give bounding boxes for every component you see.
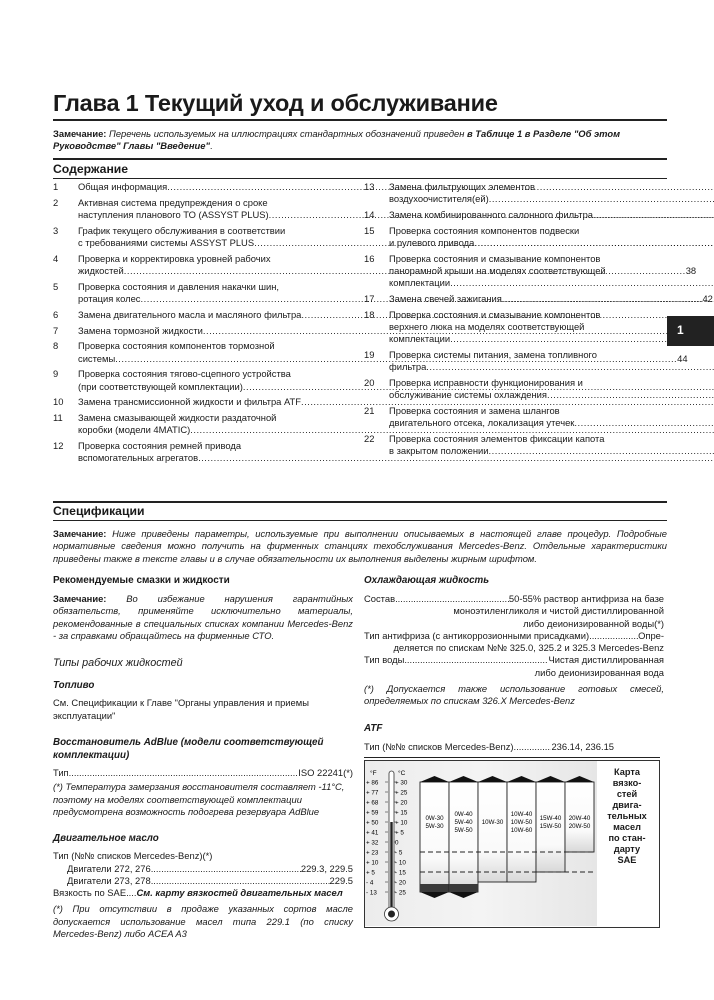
- toc-entry-number: 10: [53, 396, 78, 408]
- svg-text:+ 10: + 10: [366, 860, 379, 867]
- toc-entry-title: Замена комбинированного салонного фильтр…: [389, 209, 593, 221]
- toc-entry-number: 13: [364, 181, 389, 205]
- svg-text:10W-60: 10W-60: [511, 827, 533, 834]
- lubricants-heading: Рекомендуемые смазки и жидкости: [53, 574, 353, 588]
- viscosity-bar: 0W-405W-405W-50: [449, 776, 478, 898]
- toc-entry-title: Проверка состояния и смазывание компонен…: [389, 253, 600, 265]
- engine-oil-footnote: (*) При отсутствии в продаже указанных с…: [53, 903, 353, 940]
- svg-text:+ 30: + 30: [395, 780, 408, 787]
- chapter-title: Глава 1 Текущий уход и обслуживание: [53, 88, 667, 118]
- toc-entry-number: 20: [364, 377, 389, 401]
- svg-text:°C: °C: [398, 769, 406, 777]
- viscosity-chart: °F°C+ 86+ 30+ 77+ 25+ 68+ 20+ 59+ 15+ 50…: [364, 760, 660, 928]
- specs-rule-bottom: [53, 520, 667, 521]
- toc-entry-title: с требованиями системы ASSYST PLUS: [78, 237, 254, 249]
- viscosity-bar: 10W-4010W-5010W-60: [507, 776, 536, 882]
- toc-entry-title: Проверка состояния компонентов тормозной: [78, 340, 275, 352]
- note-label: Замечание:: [53, 128, 106, 139]
- svg-text:0: 0: [395, 840, 399, 847]
- toc-entry-number: 3: [53, 225, 78, 249]
- toc-entry-number: 12: [53, 440, 78, 464]
- toc-leader-dots: [489, 193, 714, 205]
- svg-text:15W-50: 15W-50: [540, 823, 562, 830]
- viscosity-bar: 0W-305W-30: [420, 776, 449, 898]
- toc-entry[interactable]: 8Проверка состояния компонентов тормозно…: [53, 340, 343, 364]
- svg-text:10W-50: 10W-50: [511, 819, 533, 826]
- toc-entry-title: Проверка состояния и давления накачки ши…: [78, 281, 279, 293]
- toc-entry[interactable]: 7Замена тормозной жидкости44: [53, 325, 343, 337]
- toc-entry-title: (при соответствующей комплектации): [78, 381, 243, 393]
- toc-entry[interactable]: 19Проверка системы питания, замена топли…: [364, 349, 654, 373]
- toc-entry-title: комплектации: [389, 333, 450, 345]
- svg-text:+ 10: + 10: [395, 820, 408, 827]
- adblue-type-row: ТипISO 22241(*): [53, 767, 353, 779]
- svg-text:20W-50: 20W-50: [569, 823, 591, 830]
- svg-text:°F: °F: [370, 769, 377, 777]
- engine-oil-row: Двигатели 273, 278229.5: [53, 875, 353, 887]
- toc-entry[interactable]: 18Проверка состояния и смазывание компон…: [364, 309, 654, 346]
- chapter-note: Замечание: Перечень используемых на иллю…: [53, 128, 667, 153]
- specs-right-column: Охлаждающая жидкость Состав50-55% раство…: [364, 574, 664, 753]
- toc-entry[interactable]: 12Проверка состояния ремней приводавспом…: [53, 440, 343, 464]
- engine-oil-heading: Двигательное масло: [53, 832, 353, 845]
- svg-text:+ 59: + 59: [366, 810, 379, 817]
- toc-entry-title: График текущего обслуживания в соответст…: [78, 225, 285, 237]
- svg-text:20W-40: 20W-40: [569, 815, 591, 822]
- coolant-heading: Охлаждающая жидкость: [364, 574, 664, 587]
- title-rule: [53, 119, 667, 121]
- toc-entry-title: Проверка и корректировка уровней рабочих: [78, 253, 271, 265]
- toc-entry-title: Проверка состояния элементов фиксации ка…: [389, 433, 604, 445]
- svg-text:+ 23: + 23: [366, 850, 379, 857]
- toc-leader-dots: [547, 389, 714, 401]
- toc-entry-number: 8: [53, 340, 78, 364]
- adblue-footnote: (*) Температура замерзания восстановител…: [53, 781, 353, 818]
- svg-text:- 20: - 20: [395, 880, 406, 887]
- contents-rule-top: [53, 158, 667, 160]
- toc-entry-title: Замена фильтрующих элементов: [389, 181, 535, 193]
- toc-entry-title: Проверка состояния и замена шлангов: [389, 405, 560, 417]
- svg-text:15W-40: 15W-40: [540, 815, 562, 822]
- toc-entry[interactable]: 13Замена фильтрующих элементоввоздухоочи…: [364, 181, 654, 205]
- toc-entry[interactable]: 22Проверка состояния элементов фиксации …: [364, 433, 654, 457]
- svg-text:+ 5: + 5: [395, 830, 404, 837]
- toc-entry[interactable]: 14Замена комбинированного салонного филь…: [364, 209, 654, 221]
- toc-entry-number: 1: [53, 181, 78, 193]
- toc-entry-title: коробки (модели 4MATIC): [78, 424, 190, 436]
- svg-text:10W-40: 10W-40: [511, 811, 533, 818]
- toc-entry[interactable]: 6Замена двигательного масла и масляного …: [53, 309, 343, 321]
- toc-entry-number: 19: [364, 349, 389, 373]
- viscosity-chart-title: Картавязко-стейдвига-тельныхмаселпо стан…: [597, 767, 657, 866]
- svg-text:+ 20: + 20: [395, 800, 408, 807]
- fuel-text: См. Спецификации к Главе "Органы управле…: [53, 697, 353, 722]
- toc-entry-title: Замена двигательного масла и масляного ф…: [78, 309, 301, 321]
- svg-text:- 4: - 4: [366, 880, 374, 887]
- toc-left-column: 1Общая информация352Активная система пре…: [53, 181, 343, 468]
- note-text: Перечень используемых на иллюстрациях ст…: [109, 128, 464, 139]
- specs-note-text: Ниже приведены параметры, используемые п…: [53, 528, 667, 564]
- engine-oil-type-label: Тип (№№ списков Mercedes-Benz)(*): [53, 850, 353, 862]
- toc-entry-number: 6: [53, 309, 78, 321]
- toc-leader-dots: [450, 277, 714, 289]
- toc-entry-number: 5: [53, 281, 78, 305]
- toc-entry-title: Проверка исправности функционирования и: [389, 377, 583, 389]
- viscosity-bar: 15W-4015W-50: [536, 776, 565, 872]
- toc-entry[interactable]: 2Активная система предупреждения о сроке…: [53, 197, 343, 221]
- toc-entry-title: Замена тормозной жидкости: [78, 325, 203, 337]
- toc-entry-number: 17: [364, 293, 389, 305]
- svg-text:+ 86: + 86: [366, 780, 379, 787]
- toc-entry-number: 16: [364, 253, 389, 290]
- toc-entry-title: в закрытом положении: [389, 445, 489, 457]
- specs-note: Замечание: Ниже приведены параметры, исп…: [53, 528, 667, 565]
- svg-text:5W-40: 5W-40: [454, 819, 473, 826]
- svg-text:- 15: - 15: [395, 870, 406, 877]
- toc-entry[interactable]: 3График текущего обслуживания в соответс…: [53, 225, 343, 249]
- svg-text:0W-40: 0W-40: [454, 811, 473, 818]
- coolant-antifreeze-row: Тип антифриза (с антикоррозионными приса…: [364, 630, 664, 642]
- atf-rule: [364, 757, 660, 758]
- toc-entry-title: обслуживание системы охлаждения: [389, 389, 547, 401]
- toc-entry-title: Проверка системы питания, замена топливн…: [389, 349, 597, 361]
- toc-right-column: 13Замена фильтрующих элементоввоздухоочи…: [364, 181, 654, 461]
- engine-oil-sae-row: Вязкость по SAE....См. карту вязкостей д…: [53, 887, 353, 899]
- specs-heading: Спецификации: [53, 503, 667, 519]
- svg-text:- 25: - 25: [395, 890, 406, 897]
- atf-heading: ATF: [364, 722, 664, 735]
- svg-text:- 13: - 13: [366, 890, 377, 897]
- toc-entry-title: Активная система предупреждения о сроке: [78, 197, 268, 209]
- toc-entry-title: вспомогательных агрегатов: [78, 452, 198, 464]
- toc-entry[interactable]: 10Замена трансмиссионной жидкости и филь…: [53, 396, 343, 408]
- toc-entry-title: и рулевого привода: [389, 237, 474, 249]
- toc-leader-dots: [474, 237, 714, 249]
- svg-text:- 10: - 10: [395, 860, 406, 867]
- toc-entry-title: наступления планового ТО (ASSYST PLUS): [78, 209, 269, 221]
- toc-entry-title: комплектации: [389, 277, 450, 289]
- svg-text:- 5: - 5: [395, 850, 403, 857]
- toc-entry-title: жидкостей: [78, 265, 124, 277]
- coolant-water-row: Тип водыЧистая дистиллированная: [364, 654, 664, 666]
- toc-entry[interactable]: 16Проверка состояния и смазывание компон…: [364, 253, 654, 290]
- toc-entry-number: 14: [364, 209, 389, 221]
- toc-entry-number: 22: [364, 433, 389, 457]
- toc-entry[interactable]: 21Проверка состояния и замена шланговдви…: [364, 405, 654, 429]
- contents-heading: Содержание: [53, 161, 667, 177]
- contents-rule-bottom: [53, 178, 667, 179]
- toc-entry[interactable]: 17Замена свечей зажигания51: [364, 293, 654, 305]
- toc-entry-title: двигательного отсека, локализация утечек: [389, 417, 574, 429]
- toc-entry[interactable]: 1Общая информация35: [53, 181, 343, 193]
- specs-left-column: Рекомендуемые смазки и жидкости Замечани…: [53, 574, 353, 940]
- svg-text:+ 15: + 15: [395, 810, 408, 817]
- chapter-tab[interactable]: 1: [667, 316, 714, 346]
- toc-entry[interactable]: 4Проверка и корректировка уровней рабочи…: [53, 253, 343, 277]
- adblue-heading: Восстановитель AdBlue (модели соответств…: [53, 736, 353, 762]
- svg-text:10W-30: 10W-30: [482, 819, 504, 826]
- svg-text:+ 41: + 41: [366, 830, 379, 837]
- toc-leader-dots: [489, 445, 714, 457]
- svg-text:+ 50: + 50: [366, 820, 379, 827]
- atf-type-row: Тип (№№ списков Mercedes-Benz)236.14, 23…: [364, 741, 614, 753]
- toc-entry-number: 15: [364, 225, 389, 249]
- svg-text:+ 68: + 68: [366, 800, 379, 807]
- toc-entry-title: Замена свечей зажигания: [389, 293, 502, 305]
- svg-text:5W-30: 5W-30: [425, 823, 444, 830]
- toc-entry-title: Проверка состояния ремней привода: [78, 440, 241, 452]
- toc-entry-number: 2: [53, 197, 78, 221]
- fluid-types-heading: Типы рабочих жидкостей: [53, 657, 353, 669]
- lubricants-note: Замечание: Во избежание нарушения гарант…: [53, 593, 353, 642]
- svg-text:+ 25: + 25: [395, 790, 408, 797]
- coolant-composition-row: Состав50-55% раствор антифриза на базе: [364, 593, 664, 605]
- toc-entry[interactable]: 11Замена смазывающей жидкости раздаточно…: [53, 412, 343, 436]
- toc-entry[interactable]: 9Проверка состояния тягово-сцепного устр…: [53, 368, 343, 392]
- coolant-footnote: (*) Допускается также использование гото…: [364, 683, 664, 708]
- svg-text:+ 77: + 77: [366, 790, 379, 797]
- toc-entry-number: 11: [53, 412, 78, 436]
- toc-entry-number: 18: [364, 309, 389, 346]
- toc-entry-title: Проверка состояния тягово-сцепного устро…: [78, 368, 291, 380]
- toc-entry-title: Проверка состояния и смазывание компонен…: [389, 309, 600, 321]
- fuel-heading: Топливо: [53, 679, 353, 692]
- toc-entry-title: фильтра: [389, 361, 426, 373]
- toc-entry-title: Проверка состояния компонентов подвески: [389, 225, 579, 237]
- toc-entry[interactable]: 15Проверка состояния компонентов подвеск…: [364, 225, 654, 249]
- toc-entry[interactable]: 20Проверка исправности функционирования …: [364, 377, 654, 401]
- toc-leader-dots: [426, 361, 714, 373]
- toc-entry-number: 7: [53, 325, 78, 337]
- toc-entry-title: Замена трансмиссионной жидкости и фильтр…: [78, 396, 301, 408]
- toc-entry-number: 4: [53, 253, 78, 277]
- svg-text:0W-30: 0W-30: [425, 815, 444, 822]
- viscosity-bar: 10W-30: [478, 776, 507, 882]
- toc-entry[interactable]: 5Проверка состояния и давления накачки ш…: [53, 281, 343, 305]
- toc-leader-dots: [502, 293, 714, 305]
- toc-entry-title: воздухоочистителя(ей): [389, 193, 489, 205]
- toc-leader-dots: [593, 209, 714, 221]
- toc-entry-title: панорамной крыши на моделях соответствую…: [389, 265, 606, 277]
- engine-oil-row: Двигатели 272, 276229.3, 229.5: [53, 863, 353, 875]
- toc-entry-number: 21: [364, 405, 389, 429]
- svg-text:+ 32: + 32: [366, 840, 379, 847]
- toc-entry-title: Общая информация: [78, 181, 167, 193]
- svg-text:+ 5: + 5: [366, 870, 375, 877]
- viscosity-chart-reference: См. карту вязкостей двигательных масел: [137, 887, 343, 899]
- toc-entry-title: ротация колес: [78, 293, 141, 305]
- viscosity-bar: 20W-4020W-50: [565, 776, 594, 852]
- viscosity-chart-plot: °F°C+ 86+ 30+ 77+ 25+ 68+ 20+ 59+ 15+ 50…: [365, 761, 597, 926]
- toc-entry-title: Замена смазывающей жидкости раздаточной: [78, 412, 276, 424]
- toc-entry-title: системы: [78, 353, 115, 365]
- toc-entry-number: 9: [53, 368, 78, 392]
- svg-text:5W-50: 5W-50: [454, 827, 473, 834]
- toc-leader-dots: [574, 417, 714, 429]
- toc-entry-title: верхнего люка на моделях соответствующей: [389, 321, 584, 333]
